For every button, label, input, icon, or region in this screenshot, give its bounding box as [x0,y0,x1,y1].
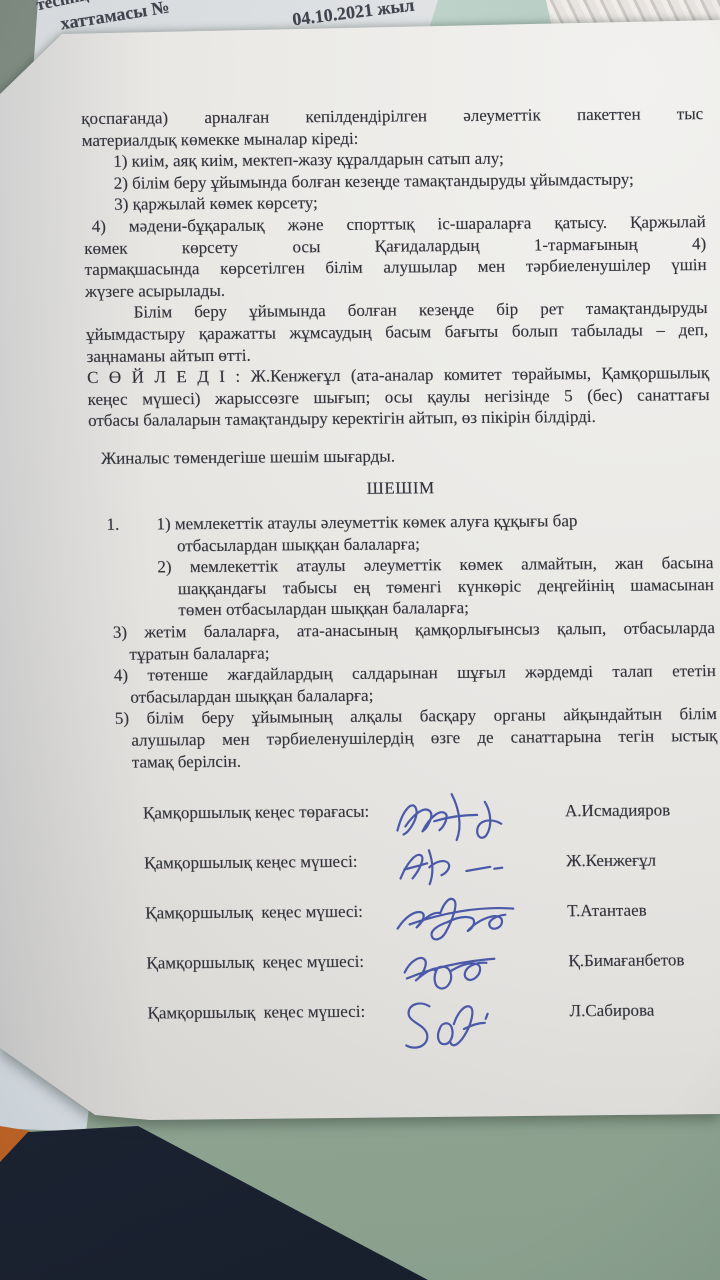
signature-bimaganbetov [392,937,568,1000]
signature-name: Ж.Кенжеғұл [566,850,656,872]
signature-role-label: Қамқоршылық кеңес мүшесі: [146,951,364,974]
document-text: қоспағанда) арналған кепілдендірілген әл… [81,103,720,1053]
signature-name: А.Исмадияров [565,800,671,822]
speaker-line: отбасы балаларын тамақтандыру керектігін… [88,405,710,431]
signature-row: Қамқоршылық кеңес мүшесі: Л.Сабирова [101,998,720,1053]
decision-line: тамақ берілсін. [96,747,718,773]
signature-name: Қ.Бимағанбетов [568,950,684,973]
signature-name: Т.Атантаев [567,900,647,922]
signature-sabirova [393,993,569,1056]
signature-role-label: Қамқоршылық кеңес мүшесі: [147,1001,365,1024]
document-photo: тесінің хаттамасы № 04.10.2021 жыл қоспа… [0,0,720,1280]
signature-role-label: Қамқоршылық кеңес мүшесі: [145,901,363,924]
decision-heading: ШЕШІМ [89,475,711,501]
signature-name: Л.Сабирова [569,1000,654,1022]
body-line: Жиналыс төмендегіше шешім шығарды. [89,443,711,469]
decision-item-number: 1. [106,514,119,536]
signature-role-label: Қамқоршылық кеңес мүшесі: [144,851,358,874]
signature-role-label: Қамқоршылық кеңес төрағасы: [143,801,370,824]
decision-list: 1. 1) мемлекеттік атаулы әлеуметтік көме… [90,509,718,773]
signature-block: Қамқоршылық кеңес төрағасы: А.Исмадияров… [97,798,720,1053]
